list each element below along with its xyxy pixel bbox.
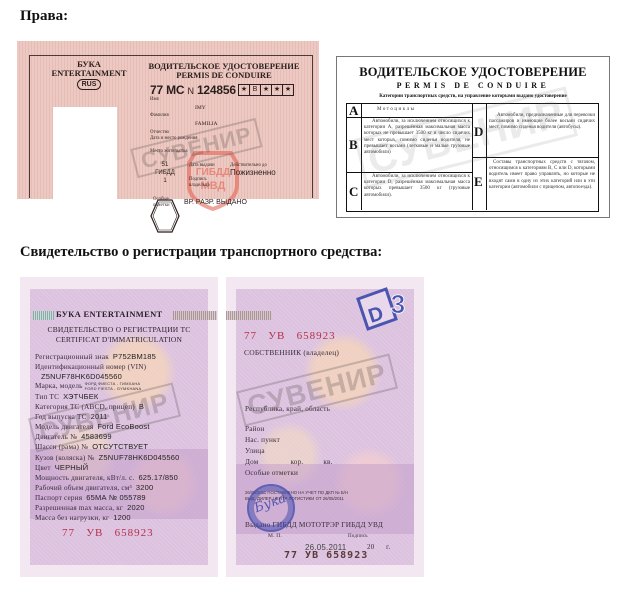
registration-title-ru: СВИДЕТЕЛЬСТВО О РЕГИСТРАЦИИ ТС — [20, 325, 218, 335]
registration-field-row: Идентификационный номер (VIN) — [35, 362, 150, 371]
category-text-e: Составы транспортных средств с тягачом, … — [489, 160, 595, 191]
guilloche-bar — [33, 311, 54, 320]
field-label: Кузов (коляска) № — [35, 454, 95, 462]
owner-field-label: Улица — [245, 447, 265, 455]
field-value: Р752ВМ185 — [113, 352, 156, 361]
field-value: 2020 — [127, 503, 145, 512]
photo-placeholder — [53, 107, 117, 219]
owner-label: СОБСТВЕННИК (владелец) — [244, 348, 339, 357]
guilloche-bar — [226, 311, 272, 320]
license-series: 77 МС — [150, 83, 184, 97]
registration-field-row: Мощность двигателя, кВт/л. с.625.17/850 — [35, 473, 178, 482]
value-valid-until: Пожизненно — [230, 168, 276, 177]
label-special-2: отметки — [153, 203, 170, 208]
category-letter-c: C — [349, 184, 358, 200]
registration-field-row: Регистрационный знакР752ВМ185 — [35, 352, 156, 361]
registration-field-row: ЦветЧЕРНЫЙ — [35, 463, 88, 472]
signature-label: Подпись — [348, 534, 368, 539]
license-back-card: ВОДИТЕЛЬСКОЕ УДОСТОВЕРЕНИЕ PERMIS DE CON… — [336, 56, 610, 218]
field-value: 3200 — [136, 483, 154, 492]
registration-field-row: Тип ТСХЭТЧБЕК — [35, 392, 99, 401]
guilloche-bar — [173, 311, 217, 320]
svg-text:3: 3 — [391, 289, 405, 319]
value-name: IMY — [195, 105, 206, 111]
field-value: ЧЕРНЫЙ — [55, 463, 89, 472]
registration-title: СВИДЕТЕЛЬСТВО О РЕГИСТРАЦИИ ТС CERTIFICA… — [20, 325, 218, 344]
owner-field-label: Район — [245, 425, 264, 433]
registration-brand: БУКА ENTERTAINMENT — [56, 309, 163, 319]
license-number: 77 МС N 124856 — [150, 83, 236, 97]
category-box: ★ — [282, 84, 294, 96]
registration-field-row: Z5NUF78HK6D045560 — [35, 372, 122, 381]
field-value: Z5NUF78HK6D045560 — [99, 453, 180, 462]
label-signature-1: Подпись — [189, 177, 207, 182]
registration-field-row: Рабочий объем двигателя, см³3200 — [35, 483, 153, 492]
field-label: Тип ТС — [35, 393, 59, 401]
registration-field-row: Разрешенная max масса, кг2020 — [35, 503, 145, 512]
registration-front-serial: 77 УВ 658923 — [62, 527, 154, 539]
label-name: Имя — [150, 97, 159, 102]
field-value: 1200 — [113, 513, 131, 522]
field-value: 65МА № 055789 — [86, 493, 145, 502]
license-number-value: 124856 — [197, 83, 236, 97]
owner-field-label: Особые отметки — [245, 469, 298, 477]
license-heading: Права: — [20, 8, 68, 25]
country-badge: RUS — [77, 79, 102, 90]
brand-line-2: ENTERTAINMENT — [39, 69, 139, 78]
category-letter-e: E — [474, 174, 483, 190]
field-value: Z5NUF78HK6D045560 — [41, 372, 122, 381]
mp-label: М. П. — [268, 533, 282, 539]
field-label: Масса без нагрузки, кг — [35, 514, 109, 522]
field-label: Рабочий объем двигателя, см³ — [35, 484, 132, 492]
license-title: ВОДИТЕЛЬСКОЕ УДОСТОВЕРЕНИЕ PERMIS DE CON… — [143, 62, 305, 80]
category-letter-a: A — [349, 103, 358, 119]
value-special: ВР. РАЗР. ВЫДАНО — [184, 199, 247, 206]
owner-field-label: Нас. пункт — [245, 436, 280, 444]
registration-back-serial: 77 УВ 658923 — [244, 330, 336, 342]
d3-logo-icon: D 3 — [356, 285, 412, 337]
field-label: Регистрационный знак — [35, 353, 109, 361]
license-title-fr: PERMIS DE CONDUIRE — [143, 71, 305, 80]
registration-heading: Свидетельство о регистрации транспортног… — [20, 244, 382, 261]
license-brand: БУКА ENTERTAINMENT RUS — [39, 60, 139, 90]
registration-field-row: Паспорт серия65МА № 055789 — [35, 493, 146, 502]
field-label: Цвет — [35, 464, 51, 472]
stamped-serial: 77 УВ 658923 — [284, 550, 368, 561]
license-back-title: ВОДИТЕЛЬСКОЕ УДОСТОВЕРЕНИЕ — [337, 65, 609, 80]
registration-field-row: Масса без нагрузки, кг1200 — [35, 513, 131, 522]
owner-field-label: Дом кор. кв. — [245, 458, 333, 466]
badge-line: 1 — [150, 177, 180, 185]
registration-field-row: Марка, модельФОРД ФИЕСТА - ГИМХАНАFORD F… — [35, 382, 141, 391]
field-value: 625.17/850 — [138, 473, 178, 482]
field-value: ХЭТЧБЕК — [63, 392, 98, 401]
label-special-1: Особые — [153, 197, 169, 202]
label-surname: Фамилия — [150, 113, 169, 118]
category-boxes: ★ B ★ ★ ★ — [239, 84, 294, 96]
field-label: Мощность двигателя, кВт/л. с. — [35, 474, 134, 482]
license-front-card: БУКА ENTERTAINMENT RUS ВОДИТЕЛЬСКОЕ УДОС… — [17, 41, 319, 199]
field-value: ОТСУТСТВУЕТ — [92, 442, 148, 451]
label-patronymic: Отчество — [150, 130, 169, 135]
year-label: 20 г. — [367, 543, 390, 551]
field-label: Марка, модель — [35, 382, 83, 390]
label-signature-2: владельца — [189, 183, 210, 188]
registration-field-row: Кузов (коляска) №Z5NUF78HK6D045560 — [35, 453, 180, 462]
number-prefix: N — [188, 86, 194, 96]
field-label: Паспорт серия — [35, 494, 82, 502]
license-back-subtitle: PERMIS DE CONDUIRE — [337, 81, 609, 90]
category-text-a: Мотоциклы — [367, 107, 467, 113]
field-label: Идентификационный номер (VIN) — [35, 363, 146, 371]
field-value: ФОРД ФИЕСТА - ГИМХАНАFORD FIESTA - GYMKH… — [85, 382, 142, 391]
field-label: Разрешенная max масса, кг — [35, 504, 123, 512]
value-surname: FAMILIA — [195, 121, 218, 127]
registration-title-fr: CERTIFICAT D'IMMATRICULATION — [20, 335, 218, 345]
